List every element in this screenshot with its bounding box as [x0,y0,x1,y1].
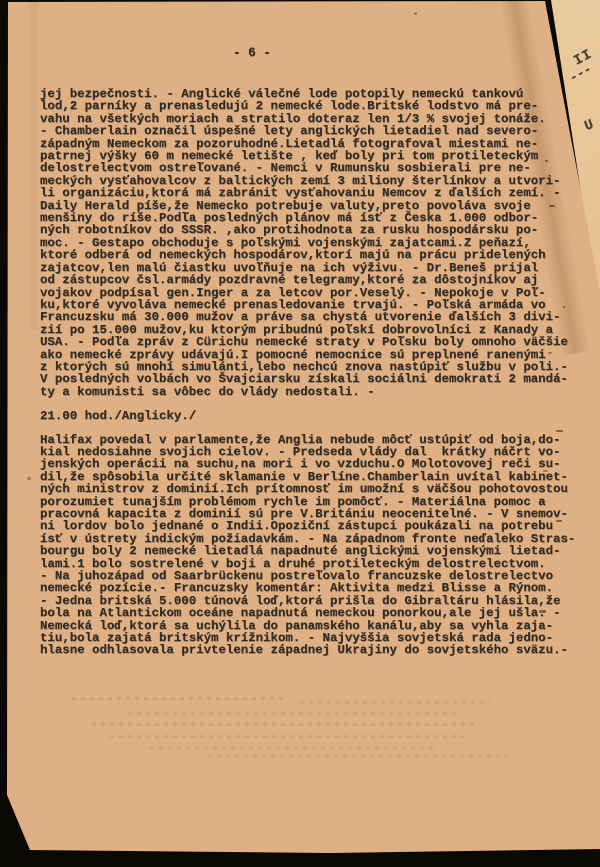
bleed-through-line [128,712,458,715]
ink-speck [539,610,546,613]
photo-backdrop: II --- U - 6 - jej bezpečnosti. - Anglic… [0,0,600,867]
bleed-through-line [300,701,490,704]
paper-fold [28,0,40,330]
ink-speck [556,520,562,522]
ink-speck [548,352,552,354]
underlying-page-fragment-dashes: --- [567,61,595,85]
bleed-through-line [92,723,480,726]
document-page: - 6 - jej bezpečnosti. - Anglické válečn… [0,0,600,867]
ink-speck [543,470,548,472]
bleed-through-line [110,735,466,738]
time-heading: 21.00 hod./Anglicky./ [40,410,585,422]
news-paragraph-1: jej bezpečnosti. - Anglické válečné lode… [40,88,585,398]
ink-speck [27,477,31,480]
ink-speck [545,160,548,162]
ink-speck [563,306,565,308]
bleed-through-line [208,755,508,758]
page-number: - 6 - [233,46,271,60]
ink-speck [556,430,563,432]
news-paragraph-2: Halifax povedal v parlamente,že Anglia n… [40,434,585,657]
bleed-through-line [72,697,286,700]
typewritten-body: jej bezpečnosti. - Anglické válečné lode… [40,88,585,657]
ink-speck [549,205,555,207]
underlying-page-fragment-letter: U [583,117,596,135]
bleed-through-line [150,746,436,749]
ink-speck [414,12,417,15]
